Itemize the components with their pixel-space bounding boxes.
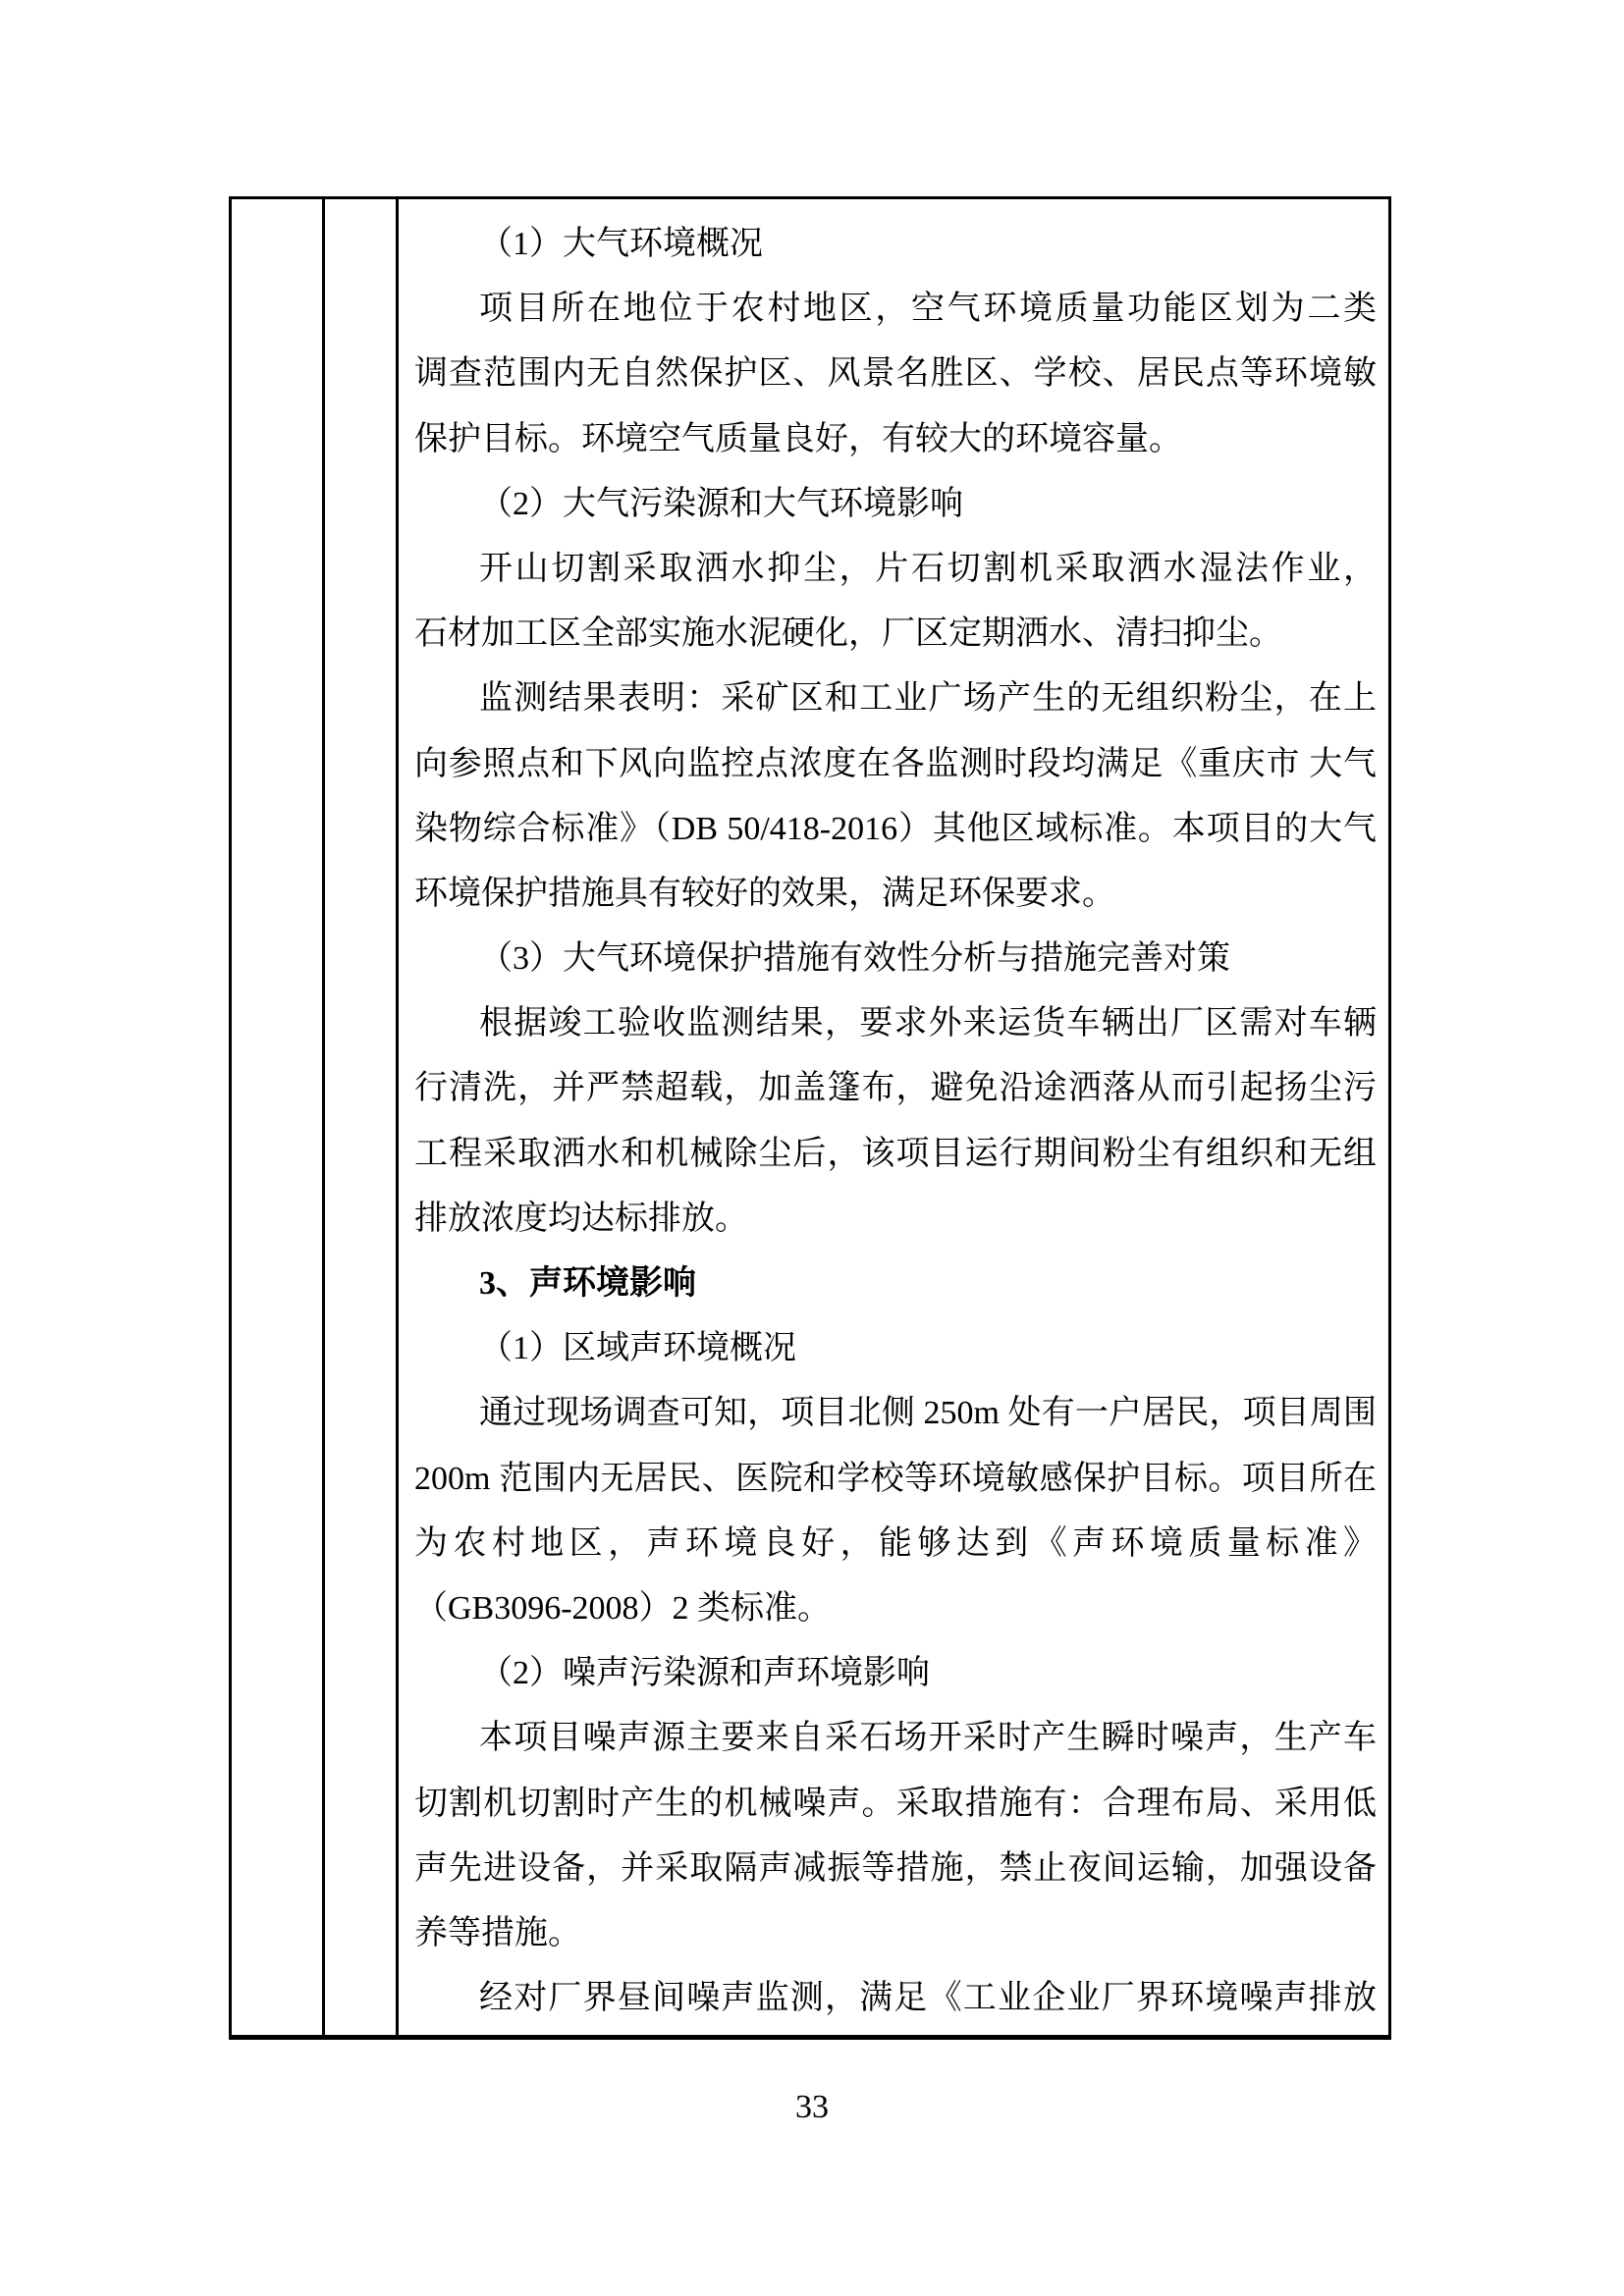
text-line: 项目所在地位于农村地区，空气环境质量功能区划为二类区， bbox=[414, 277, 1377, 342]
text-line: 监测结果表明：采矿区和工业广场产生的无组织粉尘，在上风 bbox=[414, 667, 1377, 731]
text-line: 保护目标。环境空气质量良好，有较大的环境容量。 bbox=[414, 407, 1377, 472]
text-line: 行清洗，并严禁超载，加盖篷布，避免沿途洒落从而引起扬尘污染。 bbox=[414, 1056, 1377, 1121]
text-line: （2）噪声污染源和声环境影响 bbox=[414, 1641, 1377, 1706]
text-line: 根据竣工验收监测结果，要求外来运货车辆出厂区需对车辆进 bbox=[414, 991, 1377, 1056]
text-line: 养等措施。 bbox=[414, 1901, 1377, 1966]
section-heading: 3、声环境影响 bbox=[414, 1252, 1377, 1316]
text-line: 染物综合标准》（DB 50/418-2016）其他区域标准。本项目的大气 bbox=[414, 797, 1377, 862]
page-number: 33 bbox=[0, 2083, 1624, 2132]
text-line: （2）大气污染源和大气环境影响 bbox=[414, 472, 1377, 537]
text-line: 向参照点和下风向监控点浓度在各监测时段均满足《重庆市 大气污 bbox=[414, 732, 1377, 797]
text-line: 为农村地区，声环境良好，能够达到《声环境质量标准》 bbox=[414, 1512, 1377, 1576]
text-line: 工程采取洒水和机械除尘后，该项目运行期间粉尘有组织和无组织 bbox=[414, 1122, 1377, 1187]
text-line: （1）大气环境概况 bbox=[414, 212, 1377, 277]
text-line: 调查范围内无自然保护区、风景名胜区、学校、居民点等环境敏感 bbox=[414, 342, 1377, 406]
text-line: 环境保护措施具有较好的效果，满足环保要求。 bbox=[414, 862, 1377, 927]
text-line: 切割机切割时产生的机械噪声。采取措施有：合理布局、采用低噪 bbox=[414, 1772, 1377, 1837]
text-line: 200m 范围内无居民、医院和学校等环境敏感保护目标。项目所在地 bbox=[414, 1447, 1377, 1512]
text-line: （1）区域声环境概况 bbox=[414, 1316, 1377, 1381]
report-table: （1）大气环境概况 项目所在地位于农村地区，空气环境质量功能区划为二类区， 调查… bbox=[229, 196, 1391, 2040]
text-line: 声先进设备，并采取隔声减振等措施，禁止夜间运输，加强设备保 bbox=[414, 1837, 1377, 1901]
text-line: 本项目噪声源主要来自采石场开采时产生瞬时噪声，生产车间 bbox=[414, 1706, 1377, 1771]
text-line: （GB3096-2008）2 类标准。 bbox=[414, 1576, 1377, 1641]
text-line: 开山切割采取洒水抑尘，片石切割机采取洒水湿法作业， bbox=[414, 537, 1377, 602]
table-cell-left-empty bbox=[232, 199, 325, 2035]
text-line: 经对厂界昼间噪声监测，满足《工业企业厂界环境噪声排放标 bbox=[414, 1966, 1377, 2031]
table-cell-content: （1）大气环境概况 项目所在地位于农村地区，空气环境质量功能区划为二类区， 调查… bbox=[399, 199, 1388, 2035]
table-cell-middle-empty bbox=[325, 199, 399, 2035]
text-line: 排放浓度均达标排放。 bbox=[414, 1187, 1377, 1252]
text-line: 石材加工区全部实施水泥硬化，厂区定期洒水、清扫抑尘。 bbox=[414, 602, 1377, 667]
text-line: （3）大气环境保护措施有效性分析与措施完善对策 bbox=[414, 927, 1377, 991]
text-line: 通过现场调查可知，项目北侧 250m 处有一户居民，项目周围 bbox=[414, 1381, 1377, 1446]
